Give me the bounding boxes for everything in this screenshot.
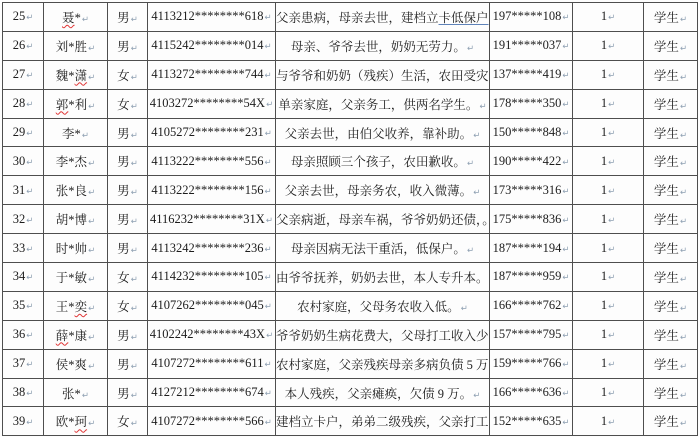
cell-phone-text: 197*****108 xyxy=(493,9,562,23)
cell-id-number[interactable]: 4105272********231↵ xyxy=(148,118,276,147)
cell-count[interactable]: 1↵ xyxy=(573,3,644,32)
cell-row-number[interactable]: 29↵ xyxy=(3,118,44,147)
cell-description-text: 单亲家庭，父亲务工，供两名学生。 xyxy=(278,98,478,112)
cell-end-marker: ↵ xyxy=(608,331,615,341)
cell-phone[interactable]: 187*****194↵ xyxy=(490,234,573,263)
cell-name-text: 郭*利 xyxy=(56,98,87,112)
cell-status[interactable]: 学生↵ xyxy=(644,31,698,60)
cell-row-number-text: 28 xyxy=(13,96,26,110)
cell-end-marker: ↵ xyxy=(82,131,89,141)
cell-end-marker: ↵ xyxy=(473,188,480,198)
cell-count[interactable]: 1↵ xyxy=(573,31,644,60)
cell-end-marker: ↵ xyxy=(680,217,687,227)
cell-end-marker: ↵ xyxy=(26,302,33,312)
cell-row-number-text: 35 xyxy=(13,298,26,312)
cell-phone[interactable]: 157*****795↵ xyxy=(490,320,573,349)
cell-id-number-text: 4113222********156 xyxy=(151,183,263,197)
cell-end-marker: ↵ xyxy=(608,418,615,428)
cell-status[interactable]: 学生↵ xyxy=(644,291,698,320)
cell-row-number-text: 39 xyxy=(13,414,26,428)
cell-name[interactable]: 李*↵ xyxy=(44,118,108,147)
cell-name[interactable]: 于*敏↵ xyxy=(44,263,108,292)
cell-row-number-text: 26 xyxy=(13,38,26,52)
cell-count[interactable]: 1↵ xyxy=(573,320,644,349)
cell-end-marker: ↵ xyxy=(680,73,687,83)
cell-name[interactable]: 欧*珂↵ xyxy=(44,407,108,436)
cell-end-marker: ↵ xyxy=(26,42,33,52)
cell-count-text: 1 xyxy=(601,67,607,81)
cell-end-marker: ↵ xyxy=(608,158,615,168)
cell-id-number[interactable]: 4115242********014↵ xyxy=(148,31,276,60)
cell-gender-text: 男 xyxy=(117,387,130,401)
cell-count[interactable]: 1↵ xyxy=(573,349,644,378)
cell-row-number[interactable]: 25↵ xyxy=(3,3,44,32)
cell-count[interactable]: 1↵ xyxy=(573,407,644,436)
cell-count-text: 1 xyxy=(601,356,607,370)
cell-gender[interactable]: 男↵ xyxy=(108,31,148,60)
cell-end-marker: ↵ xyxy=(680,362,687,372)
cell-phone-text: 191*****037 xyxy=(493,38,562,52)
cell-count[interactable]: 1↵ xyxy=(573,234,644,263)
cell-id-number[interactable]: 4102242********43X↵ xyxy=(148,320,276,349)
cell-row-number[interactable]: 30↵ xyxy=(3,147,44,176)
cell-row-number[interactable]: 28↵ xyxy=(3,89,44,118)
spellcheck-squiggle: 薛 xyxy=(56,329,69,343)
cell-phone-text: 152*****635 xyxy=(493,414,562,428)
cell-end-marker: ↵ xyxy=(608,360,615,370)
cell-name[interactable]: 时*帅↵ xyxy=(44,234,108,263)
cell-end-marker: ↵ xyxy=(473,131,480,141)
cell-phone[interactable]: 137*****419↵ xyxy=(490,60,573,89)
cell-end-marker: ↵ xyxy=(265,418,272,428)
cell-row-number-text: 29 xyxy=(13,125,26,139)
table-row: 35↵王*奕↵女↵4107262********045↵农村家庭，父母务农收入低… xyxy=(3,291,698,320)
cell-gender[interactable]: 男↵ xyxy=(108,205,148,234)
cell-id-number-text: 4116232********31X xyxy=(150,212,265,226)
cell-row-number-text: 31 xyxy=(13,183,26,197)
cell-description[interactable]: 父亲去世，由伯父收养，靠补助。↵ xyxy=(276,118,490,147)
cell-status-text: 学生 xyxy=(654,213,679,227)
cell-end-marker: ↵ xyxy=(131,391,138,401)
cell-description[interactable]: 建档立卡户，弟弟二级残疾，父亲打工。↵ xyxy=(276,407,490,436)
cell-phone[interactable]: 150*****848↵ xyxy=(490,118,573,147)
cell-status-text: 学生 xyxy=(654,329,679,343)
cell-row-number[interactable]: 34↵ xyxy=(3,263,44,292)
cell-status-text: 学生 xyxy=(654,69,679,83)
cell-end-marker: ↵ xyxy=(562,100,569,110)
cell-id-number[interactable]: 4107262********045↵ xyxy=(148,291,276,320)
table-row: 30↵李*杰↵男↵4113222********556↵母亲照顾三个孩子，农田歉… xyxy=(3,147,698,176)
cell-id-number-text: 4113272********744 xyxy=(151,67,263,81)
cell-name[interactable]: 胡*博↵ xyxy=(44,205,108,234)
cell-end-marker: ↵ xyxy=(131,419,138,429)
cell-description[interactable]: 父亲去世，母亲务农，收入微薄。↵ xyxy=(276,176,490,205)
cell-end-marker: ↵ xyxy=(608,245,615,255)
cell-gender[interactable]: 女↵ xyxy=(108,263,148,292)
cell-description[interactable]: 爷爷奶奶生病花费大，父母打工收入少。↵ xyxy=(276,320,490,349)
cell-end-marker: ↵ xyxy=(680,246,687,256)
cell-end-marker: ↵ xyxy=(26,418,33,428)
cell-status-text: 学生 xyxy=(654,11,679,25)
cell-count[interactable]: 1↵ xyxy=(573,205,644,234)
cell-phone-text: 166*****636 xyxy=(493,385,562,399)
cell-count[interactable]: 1↵ xyxy=(573,263,644,292)
cell-count[interactable]: 1↵ xyxy=(573,89,644,118)
cell-end-marker: ↵ xyxy=(131,73,138,83)
cell-name[interactable]: 李*杰↵ xyxy=(44,147,108,176)
grammar-underline: 卡低保户 xyxy=(439,11,489,25)
cell-name-text: 张*良 xyxy=(56,184,87,198)
cell-phone-text: 175*****836 xyxy=(493,212,562,226)
cell-status[interactable]: 学生↵ xyxy=(644,3,698,32)
cell-description[interactable]: 与爷爷和奶奶（残疾）生活，农田受灾。↵ xyxy=(276,60,490,89)
cell-end-marker: ↵ xyxy=(562,418,569,428)
cell-gender-text: 男 xyxy=(117,127,130,141)
cell-id-number[interactable]: 4113242********236↵ xyxy=(148,234,276,263)
cell-end-marker: ↵ xyxy=(608,42,615,52)
cell-row-number[interactable]: 38↵ xyxy=(3,378,44,407)
cell-count-text: 1 xyxy=(601,269,607,283)
cell-id-number[interactable]: 4113212********618↵ xyxy=(148,3,276,32)
cell-name[interactable]: 魏*潇↵ xyxy=(44,60,108,89)
cell-row-number-text: 25 xyxy=(13,9,26,23)
cell-id-number[interactable]: 4107272********611↵ xyxy=(148,349,276,378)
cell-end-marker: ↵ xyxy=(680,419,687,429)
cell-status-text: 学生 xyxy=(654,387,679,401)
cell-status[interactable]: 学生↵ xyxy=(644,89,698,118)
cell-end-marker: ↵ xyxy=(265,302,272,312)
cell-row-number[interactable]: 39↵ xyxy=(3,407,44,436)
cell-name[interactable]: 聂*↵ xyxy=(44,3,108,32)
cell-phone[interactable]: 159*****766↵ xyxy=(490,349,573,378)
cell-end-marker: ↵ xyxy=(88,44,95,54)
cell-count-text: 1 xyxy=(601,38,607,52)
cell-end-marker: ↵ xyxy=(88,159,95,169)
cell-id-number-text: 4115242********014 xyxy=(151,38,263,52)
cell-end-marker: ↵ xyxy=(608,13,615,23)
cell-end-marker: ↵ xyxy=(562,273,569,283)
cell-count[interactable]: 1↵ xyxy=(573,378,644,407)
cell-gender[interactable]: 男↵ xyxy=(108,3,148,32)
cell-description[interactable]: 单亲家庭，父亲务工，供两名学生。↵ xyxy=(276,89,490,118)
cell-end-marker: ↵ xyxy=(562,216,569,226)
cell-name-text: 刘*胜 xyxy=(56,40,87,54)
cell-end-marker: ↵ xyxy=(82,391,89,401)
cell-end-marker: ↵ xyxy=(266,331,273,341)
cell-row-number[interactable]: 37↵ xyxy=(3,349,44,378)
cell-id-number[interactable]: 4103272********54X↵ xyxy=(148,89,276,118)
cell-name[interactable]: 张*↵ xyxy=(44,378,108,407)
cell-status[interactable]: 学生↵ xyxy=(644,320,698,349)
cell-description-text: 农村家庭，父亲残疾母亲多病负债 5 万。 xyxy=(276,358,490,372)
cell-status[interactable]: 学生↵ xyxy=(644,118,698,147)
cell-end-marker: ↵ xyxy=(131,362,138,372)
cell-phone-text: 190*****422 xyxy=(493,154,562,168)
cell-description-text: 母亲因病无法干重活，低保户。 xyxy=(291,242,466,256)
cell-gender[interactable]: 女↵ xyxy=(108,60,148,89)
cell-id-number-text: 4113222********556 xyxy=(151,154,263,168)
cell-phone-text: 187*****194 xyxy=(493,241,562,255)
cell-phone[interactable]: 197*****108↵ xyxy=(490,3,573,32)
cell-status-text: 学生 xyxy=(654,415,679,429)
cell-gender[interactable]: 男↵ xyxy=(108,147,148,176)
cell-end-marker: ↵ xyxy=(82,15,89,25)
cell-count[interactable]: 1↵ xyxy=(573,60,644,89)
cell-description-text: 父亲去世，母亲务农，收入微薄。 xyxy=(285,184,473,198)
cell-id-number[interactable]: 4107272********566↵ xyxy=(148,407,276,436)
cell-row-number-text: 32 xyxy=(13,212,26,226)
cell-end-marker: ↵ xyxy=(608,100,615,110)
cell-status-text: 学生 xyxy=(654,300,679,314)
cell-name-text: 侯*爽 xyxy=(56,358,87,372)
cell-row-number[interactable]: 32↵ xyxy=(3,205,44,234)
cell-status[interactable]: 学生↵ xyxy=(644,234,698,263)
cell-end-marker: ↵ xyxy=(26,245,33,255)
cell-description-text: 父亲患病，母亲去世，建档立卡低保户。 xyxy=(276,11,490,25)
cell-gender-text: 男 xyxy=(117,242,130,256)
table-row: 28↵郭*利↵女↵4103272********54X↵单亲家庭，父亲务工，供两… xyxy=(3,89,698,118)
cell-id-number[interactable]: 4113272********744↵ xyxy=(148,60,276,89)
cell-name-text: 时*帅 xyxy=(56,242,87,256)
cell-count[interactable]: 1↵ xyxy=(573,147,644,176)
cell-gender[interactable]: 女↵ xyxy=(108,89,148,118)
cell-id-number-text: 4114232********105 xyxy=(151,269,263,283)
spellcheck-squiggle: 奕 xyxy=(75,300,88,314)
cell-status-text: 学生 xyxy=(654,271,679,285)
cell-id-number[interactable]: 4127212********674↵ xyxy=(148,378,276,407)
cell-end-marker: ↵ xyxy=(608,216,615,226)
cell-count[interactable]: 1↵ xyxy=(573,291,644,320)
cell-count-text: 1 xyxy=(601,154,607,168)
cell-end-marker: ↵ xyxy=(467,44,474,54)
cell-phone[interactable]: 187*****959↵ xyxy=(490,263,573,292)
cell-count-text: 1 xyxy=(601,9,607,23)
cell-count-text: 1 xyxy=(601,96,607,110)
cell-end-marker: ↵ xyxy=(88,246,95,256)
cell-gender[interactable]: 男↵ xyxy=(108,378,148,407)
cell-name[interactable]: 侯*爽↵ xyxy=(44,349,108,378)
cell-end-marker: ↵ xyxy=(88,333,95,343)
cell-count-text: 1 xyxy=(601,125,607,139)
cell-phone-text: 137*****419 xyxy=(493,67,562,81)
cell-description[interactable]: 母亲照顾三个孩子，农田歉收。↵ xyxy=(276,147,490,176)
student-aid-table[interactable]: 25↵聂*↵男↵4113212********618↵父亲患病，母亲去世，建档立… xyxy=(2,2,698,436)
cell-gender-text: 男 xyxy=(117,358,130,372)
cell-gender[interactable]: 男↵ xyxy=(108,118,148,147)
cell-end-marker: ↵ xyxy=(264,273,271,283)
cell-row-number-text: 36 xyxy=(13,327,26,341)
table-row: 33↵时*帅↵男↵4113242********236↵母亲因病无法干重活，低保… xyxy=(3,234,698,263)
cell-gender[interactable]: 女↵ xyxy=(108,407,148,436)
cell-status[interactable]: 学生↵ xyxy=(644,349,698,378)
cell-gender[interactable]: 男↵ xyxy=(108,176,148,205)
cell-row-number-text: 38 xyxy=(13,385,26,399)
cell-end-marker: ↵ xyxy=(680,44,687,54)
cell-end-marker: ↵ xyxy=(680,304,687,314)
cell-name[interactable]: 王*奕↵ xyxy=(44,291,108,320)
cell-end-marker: ↵ xyxy=(608,187,615,197)
cell-description-text: 父亲病逝，母亲车祸，爷爷奶奶还债，。 xyxy=(276,213,490,227)
table-row: 29↵李*↵男↵4105272********231↵父亲去世，由伯父收养，靠补… xyxy=(3,118,698,147)
cell-end-marker: ↵ xyxy=(461,304,468,314)
cell-status-text: 学生 xyxy=(654,184,679,198)
cell-row-number-text: 34 xyxy=(13,269,26,283)
cell-row-number[interactable]: 31↵ xyxy=(3,176,44,205)
cell-count-text: 1 xyxy=(601,212,607,226)
cell-status[interactable]: 学生↵ xyxy=(644,176,698,205)
cell-phone-text: 178*****350 xyxy=(493,96,562,110)
cell-phone[interactable]: 166*****636↵ xyxy=(490,378,573,407)
cell-end-marker: ↵ xyxy=(264,71,271,81)
cell-gender-text: 男 xyxy=(117,329,130,343)
cell-end-marker: ↵ xyxy=(264,13,271,23)
cell-id-number-text: 4103272********54X xyxy=(150,96,265,110)
cell-id-number-text: 4113242********236 xyxy=(151,241,263,255)
cell-id-number-text: 4127212********674 xyxy=(151,385,264,399)
cell-end-marker: ↵ xyxy=(473,391,480,401)
cell-name-text: 李*杰 xyxy=(56,155,87,169)
cell-end-marker: ↵ xyxy=(131,304,138,314)
cell-description[interactable]: 由爷爷抚养，奶奶去世，本人专升本。↵ xyxy=(276,263,490,292)
cell-end-marker: ↵ xyxy=(88,102,95,112)
cell-name[interactable]: 张*良↵ xyxy=(44,176,108,205)
cell-description[interactable]: 母亲、爷爷去世，奶奶无劳力。↵ xyxy=(276,31,490,60)
cell-end-marker: ↵ xyxy=(608,389,615,399)
cell-row-number[interactable]: 35↵ xyxy=(3,291,44,320)
cell-end-marker: ↵ xyxy=(265,389,272,399)
cell-id-number-text: 4102242********43X xyxy=(150,327,265,341)
spellcheck-squiggle: 聂 xyxy=(62,11,75,25)
cell-row-number-text: 37 xyxy=(13,356,26,370)
cell-description[interactable]: 父亲患病，母亲去世，建档立卡低保户。↵ xyxy=(276,3,490,32)
cell-gender[interactable]: 女↵ xyxy=(108,291,148,320)
cell-end-marker: ↵ xyxy=(680,15,687,25)
cell-description[interactable]: 母亲因病无法干重活，低保户。↵ xyxy=(276,234,490,263)
cell-end-marker: ↵ xyxy=(131,188,138,198)
cell-end-marker: ↵ xyxy=(562,360,569,370)
cell-status-text: 学生 xyxy=(654,40,679,54)
cell-gender-text: 女 xyxy=(117,98,130,112)
cell-id-number-text: 4107262********045 xyxy=(151,298,264,312)
cell-phone[interactable]: 190*****422↵ xyxy=(490,147,573,176)
cell-end-marker: ↵ xyxy=(131,275,138,285)
cell-name-text: 欧*珂 xyxy=(56,415,87,429)
cell-status[interactable]: 学生↵ xyxy=(644,263,698,292)
cell-status[interactable]: 学生↵ xyxy=(644,147,698,176)
cell-gender[interactable]: 男↵ xyxy=(108,349,148,378)
cell-id-number[interactable]: 4114232********105↵ xyxy=(148,263,276,292)
cell-phone[interactable]: 166*****762↵ xyxy=(490,291,573,320)
cell-status-text: 学生 xyxy=(654,358,679,372)
cell-id-number[interactable]: 4116232********31X↵ xyxy=(148,205,276,234)
cell-count[interactable]: 1↵ xyxy=(573,176,644,205)
cell-count-text: 1 xyxy=(601,298,607,312)
cell-end-marker: ↵ xyxy=(680,275,687,285)
cell-status-text: 学生 xyxy=(654,98,679,112)
cell-gender-text: 男 xyxy=(117,213,130,227)
cell-status[interactable]: 学生↵ xyxy=(644,205,698,234)
cell-row-number-text: 27 xyxy=(13,67,26,81)
cell-name-text: 于*敏 xyxy=(56,271,87,285)
cell-end-marker: ↵ xyxy=(680,391,687,401)
cell-end-marker: ↵ xyxy=(26,129,33,139)
cell-phone[interactable]: 173*****316↵ xyxy=(490,176,573,205)
cell-phone[interactable]: 178*****350↵ xyxy=(490,89,573,118)
cell-description-text: 农村家庭，父母务农收入低。 xyxy=(297,300,460,314)
cell-phone[interactable]: 191*****037↵ xyxy=(490,31,573,60)
cell-id-number[interactable]: 4113222********556↵ xyxy=(148,147,276,176)
cell-description[interactable]: 本人残疾，父亲瘫痪，欠债 9 万。↵ xyxy=(276,378,490,407)
cell-name[interactable]: 刘*胜↵ xyxy=(44,31,108,60)
table-row: 38↵张*↵男↵4127212********674↵本人残疾，父亲瘫痪，欠债 … xyxy=(3,378,698,407)
cell-name[interactable]: 郭*利↵ xyxy=(44,89,108,118)
cell-id-number[interactable]: 4113222********156↵ xyxy=(148,176,276,205)
cell-status[interactable]: 学生↵ xyxy=(644,60,698,89)
cell-name-text: 聂* xyxy=(62,11,81,25)
cell-end-marker: ↵ xyxy=(562,42,569,52)
cell-end-marker: ↵ xyxy=(26,360,33,370)
cell-status[interactable]: 学生↵ xyxy=(644,378,698,407)
cell-end-marker: ↵ xyxy=(467,159,474,169)
spellcheck-squiggle: 郭 xyxy=(56,98,69,112)
table-row: 31↵张*良↵男↵4113222********156↵父亲去世，母亲务农，收入… xyxy=(3,176,698,205)
cell-description[interactable]: 父亲病逝，母亲车祸，爷爷奶奶还债，。↵ xyxy=(276,205,490,234)
cell-name[interactable]: 薛*康↵ xyxy=(44,320,108,349)
cell-description[interactable]: 农村家庭，父母务农收入低。↵ xyxy=(276,291,490,320)
cell-id-number-text: 4105272********231 xyxy=(151,125,264,139)
cell-end-marker: ↵ xyxy=(26,389,33,399)
cell-gender-text: 男 xyxy=(117,184,130,198)
cell-row-number[interactable]: 33↵ xyxy=(3,234,44,263)
cell-phone[interactable]: 175*****836↵ xyxy=(490,205,573,234)
cell-gender[interactable]: 男↵ xyxy=(108,234,148,263)
cell-phone[interactable]: 152*****635↵ xyxy=(490,407,573,436)
cell-description-text: 母亲照顾三个孩子，农田歉收。 xyxy=(291,155,466,169)
cell-end-marker: ↵ xyxy=(88,362,95,372)
cell-end-marker: ↵ xyxy=(608,273,615,283)
cell-status[interactable]: 学生↵ xyxy=(644,407,698,436)
cell-end-marker: ↵ xyxy=(264,158,271,168)
cell-row-number[interactable]: 27↵ xyxy=(3,60,44,89)
cell-description[interactable]: 农村家庭，父亲残疾母亲多病负债 5 万。↵ xyxy=(276,349,490,378)
cell-row-number[interactable]: 36↵ xyxy=(3,320,44,349)
spellcheck-squiggle: 珂 xyxy=(75,415,88,429)
cell-end-marker: ↵ xyxy=(131,159,138,169)
cell-name-text: 魏*潇 xyxy=(56,69,87,83)
cell-name-text: 王*奕 xyxy=(56,300,87,314)
cell-end-marker: ↵ xyxy=(680,159,687,169)
cell-end-marker: ↵ xyxy=(264,245,271,255)
cell-gender[interactable]: 男↵ xyxy=(108,320,148,349)
cell-count-text: 1 xyxy=(601,385,607,399)
cell-count[interactable]: 1↵ xyxy=(573,118,644,147)
cell-gender-text: 男 xyxy=(117,40,130,54)
cell-end-marker: ↵ xyxy=(680,102,687,112)
cell-end-marker: ↵ xyxy=(88,275,95,285)
table-row: 34↵于*敏↵女↵4114232********105↵由爷爷抚养，奶奶去世，本… xyxy=(3,263,698,292)
table-row: 32↵胡*博↵男↵4116232********31X↵父亲病逝，母亲车祸，爷爷… xyxy=(3,205,698,234)
cell-end-marker: ↵ xyxy=(467,246,474,256)
cell-row-number-text: 30 xyxy=(13,154,26,168)
cell-end-marker: ↵ xyxy=(562,13,569,23)
cell-end-marker: ↵ xyxy=(264,187,271,197)
cell-row-number[interactable]: 26↵ xyxy=(3,31,44,60)
cell-end-marker: ↵ xyxy=(608,302,615,312)
cell-end-marker: ↵ xyxy=(608,71,615,81)
table-row: 27↵魏*潇↵女↵4113272********744↵与爷爷和奶奶（残疾）生活… xyxy=(3,60,698,89)
cell-description-text: 母亲、爷爷去世，奶奶无劳力。 xyxy=(291,40,466,54)
cell-end-marker: ↵ xyxy=(266,216,273,226)
